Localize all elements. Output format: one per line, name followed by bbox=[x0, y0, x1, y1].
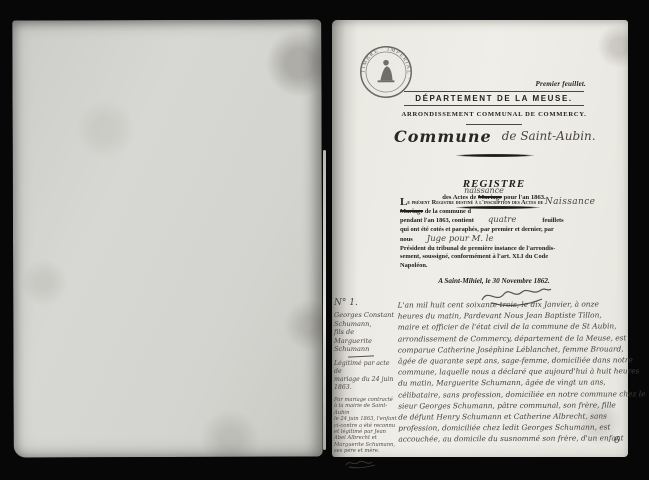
paragraph-line: Président du tribunal de première instan… bbox=[400, 245, 588, 254]
juge-handwritten: Juge pour M. le bbox=[427, 234, 494, 244]
header-rule-top bbox=[404, 91, 584, 92]
manuscript-line: célibataire, sans profession, domiciliée… bbox=[398, 388, 624, 400]
commune-line: Commune de Saint-Aubin. bbox=[394, 127, 614, 147]
scanned-register-spread: TIMBRE · IMPÉRIAL · Premier feuillet. DÉ… bbox=[0, 0, 649, 480]
manuscript-line: arrondissement de Commercy, département … bbox=[398, 332, 624, 344]
premier-feuillet-label: Premier feuillet. bbox=[450, 80, 586, 88]
legitimation-heading: Légitimé par acte de mariage du 24 juin … bbox=[334, 360, 398, 392]
commune-label: Commune bbox=[394, 127, 492, 146]
paragraph-line: Napoléon. bbox=[400, 262, 588, 271]
departement-heading: DÉPARTEMENT DE LA MEUSE. bbox=[384, 94, 604, 103]
arrondissement-heading: ARRONDISSEMENT COMMUNAL DE COMMERCY. bbox=[384, 111, 604, 118]
naissance-handwritten: Naissance bbox=[545, 197, 596, 207]
commune-handwritten-value: de Saint-Aubin. bbox=[502, 129, 596, 143]
paragraph-line: Le présent Registre destiné à l'inscript… bbox=[400, 198, 588, 208]
margin-note-signature bbox=[344, 457, 378, 469]
left-blank-page bbox=[12, 19, 323, 457]
act-margin-column: N° 1. Georges Constant Schumann, fils de… bbox=[334, 298, 398, 474]
quatre-handwritten: quatre bbox=[488, 215, 517, 225]
struck-mariage: Mariage bbox=[400, 208, 423, 215]
header-rule-short bbox=[466, 124, 522, 125]
header-rule-mid bbox=[404, 105, 584, 106]
page-edge-sliver bbox=[323, 150, 326, 450]
paragraph-line: sement, soussigné, conformément à l'art.… bbox=[400, 253, 588, 262]
birth-act-manuscript: L'an mil huit cent soixante trois, le di… bbox=[398, 298, 625, 445]
paragraph-line: pendant l'an 1863, contientquatrefeuille… bbox=[400, 216, 588, 226]
manuscript-line: accouchée, au domicile du susnommé son f… bbox=[398, 433, 624, 445]
right-register-page: TIMBRE · IMPÉRIAL · Premier feuillet. DÉ… bbox=[332, 20, 628, 457]
child-name-block: Georges Constant Schumann, fils de Margu… bbox=[334, 311, 398, 354]
paragraph-line: nousJuge pour M. le bbox=[400, 235, 588, 245]
register-attestation-paragraph: Le présent Registre destiné à l'inscript… bbox=[400, 198, 588, 271]
manuscript-line: maire et officier de l'état civil de la … bbox=[398, 321, 624, 333]
act-number: N° 1. bbox=[334, 298, 398, 308]
manuscript-line: du matin, Marguerite Schumann, âgée de v… bbox=[398, 377, 624, 389]
folio-corner-mark: 6 bbox=[614, 436, 620, 446]
margin-divider-squiggle bbox=[348, 355, 374, 358]
ornament-divider-top bbox=[456, 154, 534, 157]
legitimation-margin-note: Par mariage contracté à la mairie de Sai… bbox=[334, 397, 398, 455]
